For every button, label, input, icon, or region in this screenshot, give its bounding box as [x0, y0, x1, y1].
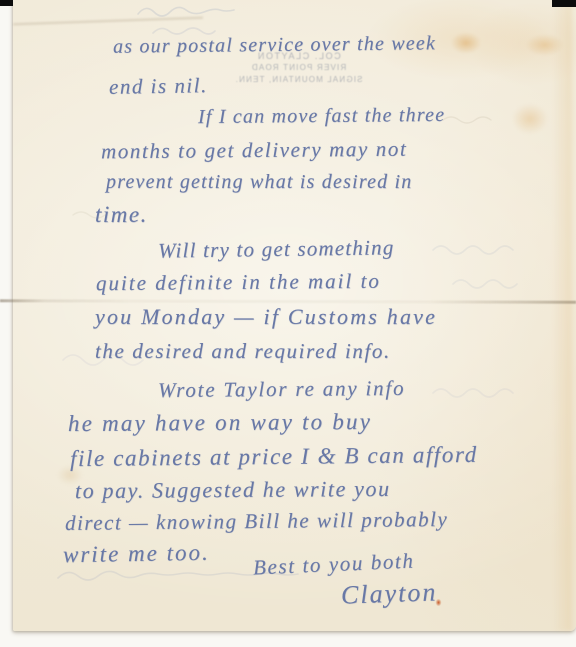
letter-line: as our postal service over the week — [113, 32, 436, 58]
ghost-stroke — [433, 246, 513, 254]
scan-corner-mark — [0, 0, 13, 6]
scanned-letter-page: COL. CLAYTON RIVER POINT ROAD SIGNAL MOU… — [0, 0, 576, 647]
letter-line: If I can move fast the three — [198, 104, 445, 129]
letter-line: Will try to get something — [158, 235, 395, 263]
ghost-stroke — [138, 7, 234, 16]
letterhead-line: RIVER POINT ROAD — [181, 62, 416, 74]
letter-line: Wrote Taylor re any info — [158, 376, 406, 403]
ghost-stroke — [443, 117, 491, 123]
letter-paper: COL. CLAYTON RIVER POINT ROAD SIGNAL MOU… — [13, 0, 576, 631]
letter-line: time. — [95, 202, 148, 228]
letter-line: the desired and required info. — [95, 339, 391, 364]
foxing-stain — [445, 28, 487, 58]
letter-line: he may have on way to buy — [68, 409, 372, 437]
foxing-stain — [505, 98, 555, 140]
letter-line: months to get delivery may not — [101, 137, 408, 165]
letter-signature: Clayton — [341, 577, 438, 610]
letter-line: file cabinets at price I & B can afford — [70, 442, 478, 472]
letter-line: end is nil. — [109, 73, 208, 100]
letter-line: you Monday — if Customs have — [95, 304, 437, 330]
letter-line: write me too. — [63, 540, 210, 569]
ghost-stroke — [153, 28, 215, 34]
paper-crease — [13, 17, 203, 26]
letter-line: to pay. Suggested he write you — [75, 476, 391, 504]
ghost-stroke — [453, 280, 517, 288]
letter-line: quite definite in the mail to — [96, 269, 381, 296]
scan-corner-mark — [552, 0, 576, 7]
paper-edge-shading — [552, 0, 572, 631]
letterhead-line: SIGNAL MOUNTAIN, TENN. — [181, 74, 416, 86]
letter-closing: Best to you both — [253, 548, 415, 580]
ghost-stroke — [433, 389, 513, 397]
letter-line: direct — knowing Bill he will probably — [65, 507, 448, 536]
letter-line: prevent getting what is desired in — [106, 171, 413, 194]
